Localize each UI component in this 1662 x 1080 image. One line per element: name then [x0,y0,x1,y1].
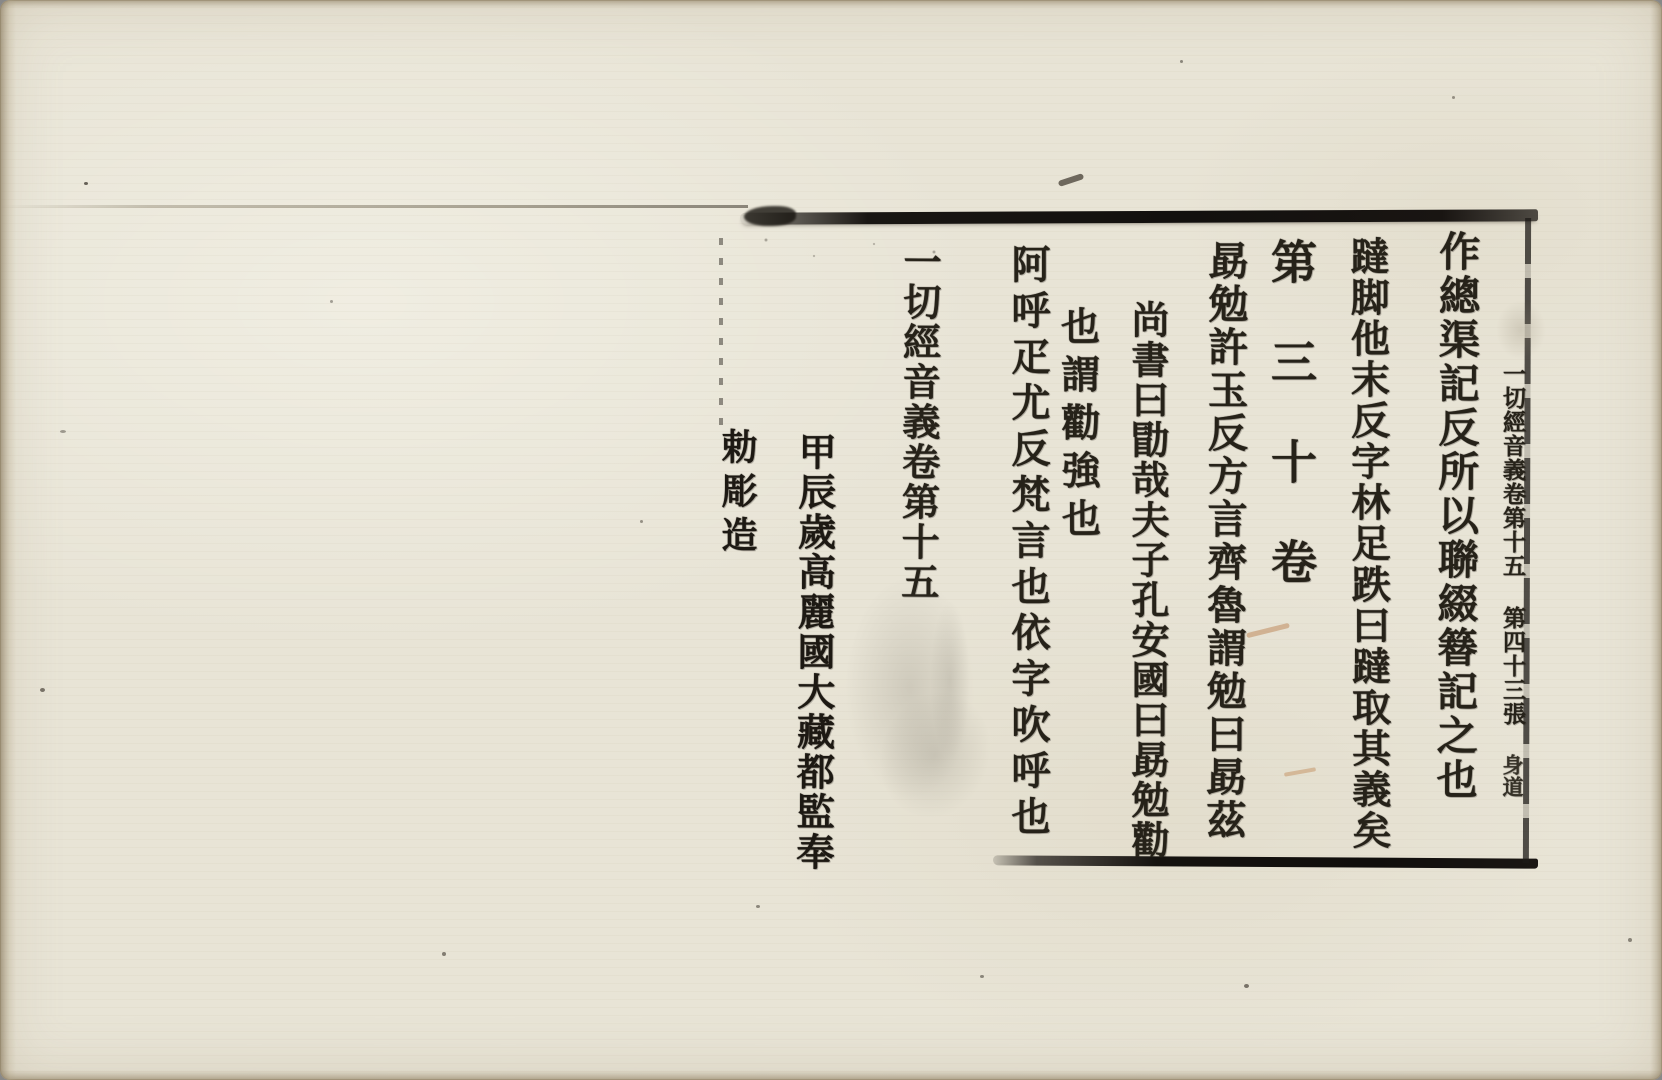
entry-column-6: 也謂勸強也 [1049,306,1106,546]
paper-edge-right [1650,0,1662,1080]
ink-smudge [930,600,970,760]
paper-edge-bottom [0,1070,1662,1080]
paper-speck [756,905,760,908]
sheet-label-column: 一切經音義卷第十五 第四十三張 身道 [1496,362,1529,798]
paper-edge-left [0,0,16,1080]
paper-speck [1244,984,1249,988]
engraver-mark: 身道 [1500,754,1525,798]
entry-column-2: 躂脚他末反字林足跌曰躂取其義矣 [1339,236,1397,851]
paper-speck [84,182,88,185]
paper-speck [1180,60,1183,63]
frame-border-left-faint [719,238,723,428]
entry-column-7: 阿呼疋尤反梵言也依字吹呼也 [1000,244,1056,842]
colophon-column-2: 勅彫造 [712,428,763,560]
sheet-number: 第四十三張 [1499,606,1526,726]
ink-blob-top-border [744,206,796,226]
paper-speck [640,520,643,523]
paper-crease-line [0,205,748,208]
fiber-streak [1284,767,1316,776]
entry-column-1: 作總渠記反所以聯綴簮記之也 [1425,230,1487,802]
ink-smudge [845,575,975,800]
paper-speck [1452,96,1455,99]
paper-speck [60,430,66,433]
entry-column-5: 尚書曰勖哉夫子孔安國曰勗勉勸 [1120,300,1175,860]
end-title-column: 一切經音義卷第十五 [890,242,948,602]
paper-speck [980,975,984,978]
ink-fleck [1058,173,1085,187]
entry-column-4: 勗勉許玉反方言齊魯謂勉曰勗茲 [1195,240,1255,842]
section-heading-scroll-30: 第三十卷 [1258,238,1324,638]
paper-speck [40,688,45,692]
frame-border-top [740,209,1538,224]
frame-border-bottom [993,855,1538,868]
paper-speck [442,952,446,956]
woodblock-print-scan: 一切經音義卷第十五 第四十三張 身道 作總渠記反所以聯綴簮記之也 躂脚他末反字林… [0,0,1662,1080]
paper-speck [330,300,333,303]
sheet-label-title: 一切經音義卷第十五 [1499,362,1526,578]
paper-speck [1628,938,1632,942]
ink-smudge [861,675,1009,835]
ink-smudge [1496,300,1546,360]
colophon-column-1: 甲辰歲高麗國大藏都監奉 [785,432,842,872]
paper-edge-top [0,0,1662,8]
